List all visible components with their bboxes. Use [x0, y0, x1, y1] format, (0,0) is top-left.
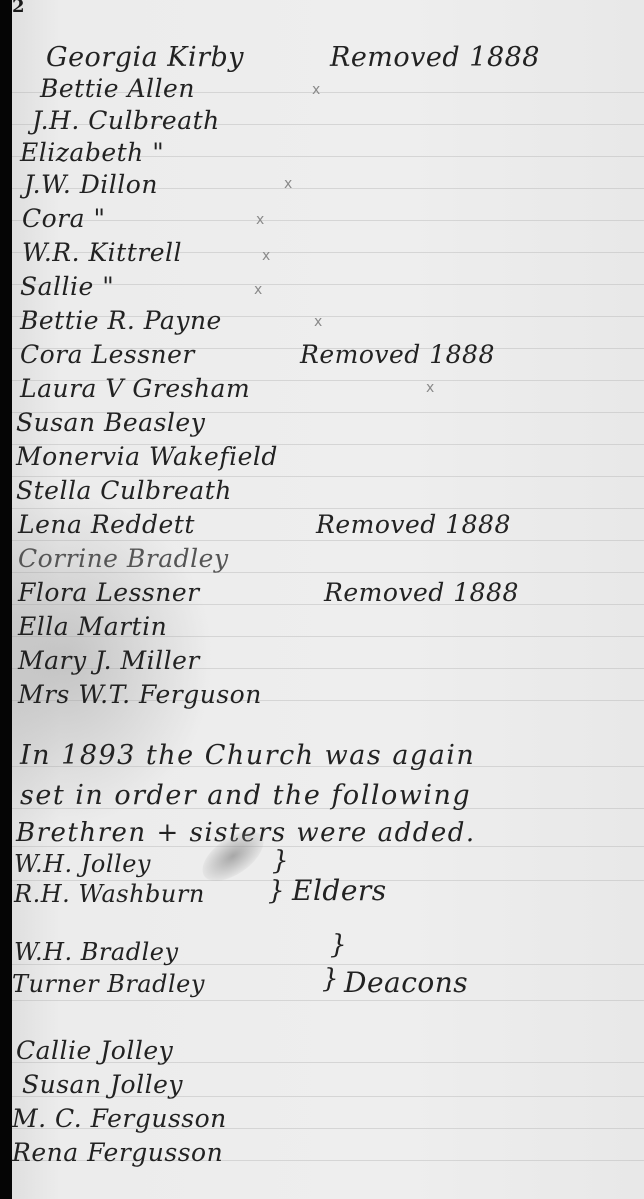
member-name: Bettie R. Payne	[20, 306, 222, 335]
added-member-name: Susan Jolley	[22, 1070, 183, 1099]
member-note: Removed 1888	[324, 578, 519, 607]
member-name: J.W. Dillon	[24, 170, 158, 199]
added-member-name: M. C. Fergusson	[12, 1104, 227, 1133]
member-name: Monervia Wakefield	[16, 442, 278, 471]
check-mark-icon: x	[254, 282, 262, 298]
page-number: 2	[12, 0, 25, 17]
deacon-name: W.H. Bradley	[14, 938, 179, 966]
check-mark-icon: x	[314, 314, 322, 330]
member-name: Elizabeth "	[20, 138, 164, 167]
member-name: Corrine Bradley	[18, 544, 229, 573]
check-mark-icon: x	[312, 82, 320, 98]
deacons-label: Deacons	[344, 966, 468, 999]
added-member-name: Rena Fergusson	[12, 1138, 223, 1167]
brace-icon: }	[268, 876, 285, 906]
brace-icon: }	[272, 846, 289, 876]
check-mark-icon: x	[262, 248, 270, 264]
member-name: Laura V Gresham	[20, 374, 250, 403]
scan-edge	[0, 0, 12, 1199]
member-name: Cora "	[22, 204, 105, 233]
brace-icon: }	[322, 964, 339, 994]
member-name: Sallie "	[20, 272, 114, 301]
member-name: W.R. Kittrell	[22, 238, 182, 267]
register-page: 2 Georgia Kirby Removed 1888 Bettie Alle…	[0, 0, 644, 1199]
ruled-line	[12, 1000, 644, 1001]
ruled-line	[12, 508, 644, 509]
member-note: Removed 1888	[316, 510, 511, 539]
brace-icon: }	[330, 930, 347, 960]
elders-label: Elders	[292, 874, 387, 907]
check-mark-icon: x	[284, 176, 292, 192]
member-name: Georgia Kirby	[46, 42, 244, 73]
member-name: Susan Beasley	[16, 408, 205, 437]
paragraph-line: In 1893 the Church was again	[20, 740, 475, 771]
member-name: Ella Martin	[18, 612, 167, 641]
member-note: Removed 1888	[300, 340, 495, 369]
member-note: Removed 1888	[330, 42, 540, 73]
ruled-line	[12, 220, 644, 221]
paragraph-line: set in order and the following	[20, 780, 471, 811]
deacon-name: Turner Bradley	[12, 970, 205, 998]
added-member-name: Callie Jolley	[16, 1036, 173, 1065]
member-name: Lena Reddett	[18, 510, 195, 539]
member-name: Bettie Allen	[40, 74, 195, 103]
elder-name: W.H. Jolley	[14, 850, 151, 878]
member-name: J.H. Culbreath	[32, 106, 220, 135]
member-name: Flora Lessner	[18, 578, 200, 607]
elder-name: R.H. Washburn	[14, 880, 205, 908]
member-name: Cora Lessner	[20, 340, 195, 369]
check-mark-icon: x	[256, 212, 264, 228]
check-mark-icon: x	[426, 380, 434, 396]
member-name: Mrs W.T. Ferguson	[18, 680, 262, 709]
member-name: Mary J. Miller	[18, 646, 200, 675]
ruled-line	[12, 540, 644, 541]
member-name: Stella Culbreath	[16, 476, 232, 505]
